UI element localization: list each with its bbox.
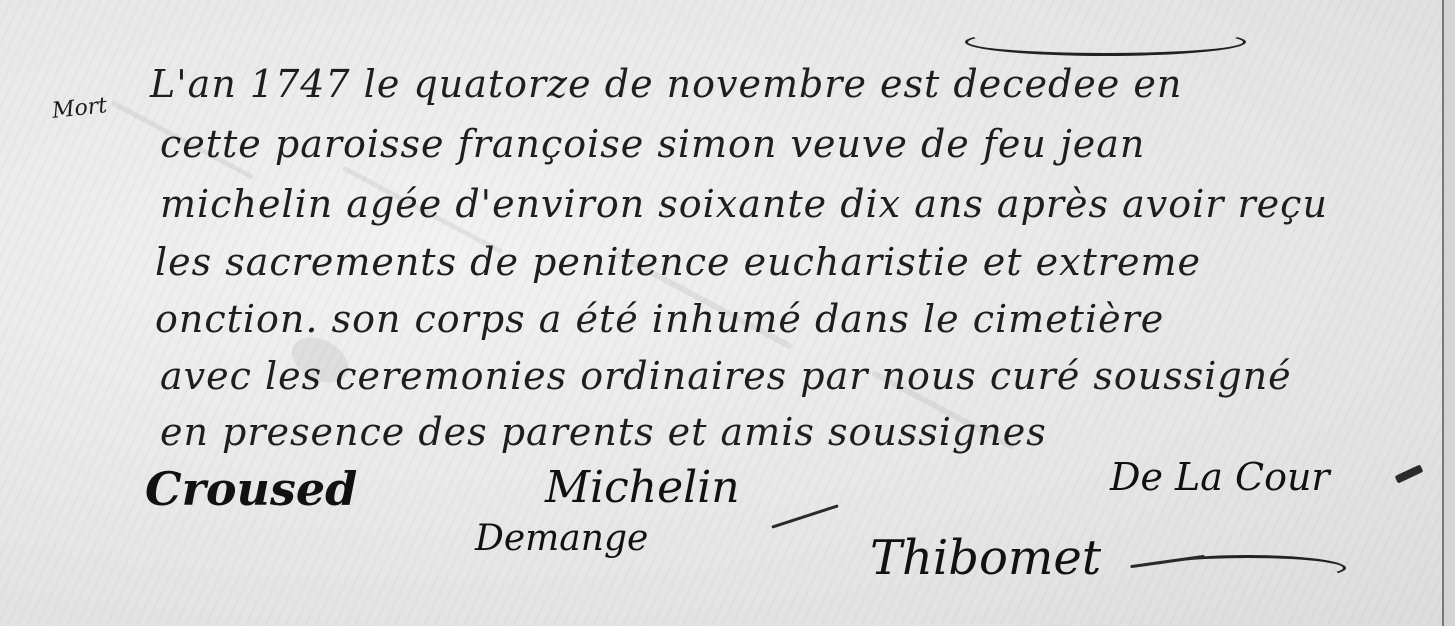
previous-entry-flourish	[965, 28, 1246, 56]
entry-line-4: les sacrements de penitence eucharistie …	[155, 240, 1201, 284]
signature-croused: Croused	[145, 462, 357, 516]
entry-line-3: michelin agée d'environ soixante dix ans…	[160, 182, 1328, 226]
signature-de-la-cour: De La Cour	[1110, 455, 1330, 499]
signature-thibomet: Thibomet	[870, 530, 1101, 586]
paraph-mark	[1395, 464, 1424, 483]
margin-note-mort: Mort	[51, 93, 108, 124]
entry-line-5: onction. son corps a été inhumé dans le …	[155, 297, 1164, 341]
signature-michelin: Michelin	[545, 462, 740, 513]
page-edge	[1444, 0, 1455, 626]
entry-line-7: en presence des parents et amis soussign…	[160, 410, 1047, 454]
entry-line-1: L'an 1747 le quatorze de novembre est de…	[150, 62, 1182, 106]
signature-underline	[771, 504, 839, 528]
document-page: Mort L'an 1747 le quatorze de novembre e…	[0, 0, 1455, 626]
entry-line-2: cette paroisse françoise simon veuve de …	[160, 122, 1145, 166]
page-gutter-line	[1442, 0, 1444, 626]
entry-line-6: avec les ceremonies ordinaires par nous …	[160, 354, 1292, 398]
signature-demange: Demange	[475, 518, 648, 559]
